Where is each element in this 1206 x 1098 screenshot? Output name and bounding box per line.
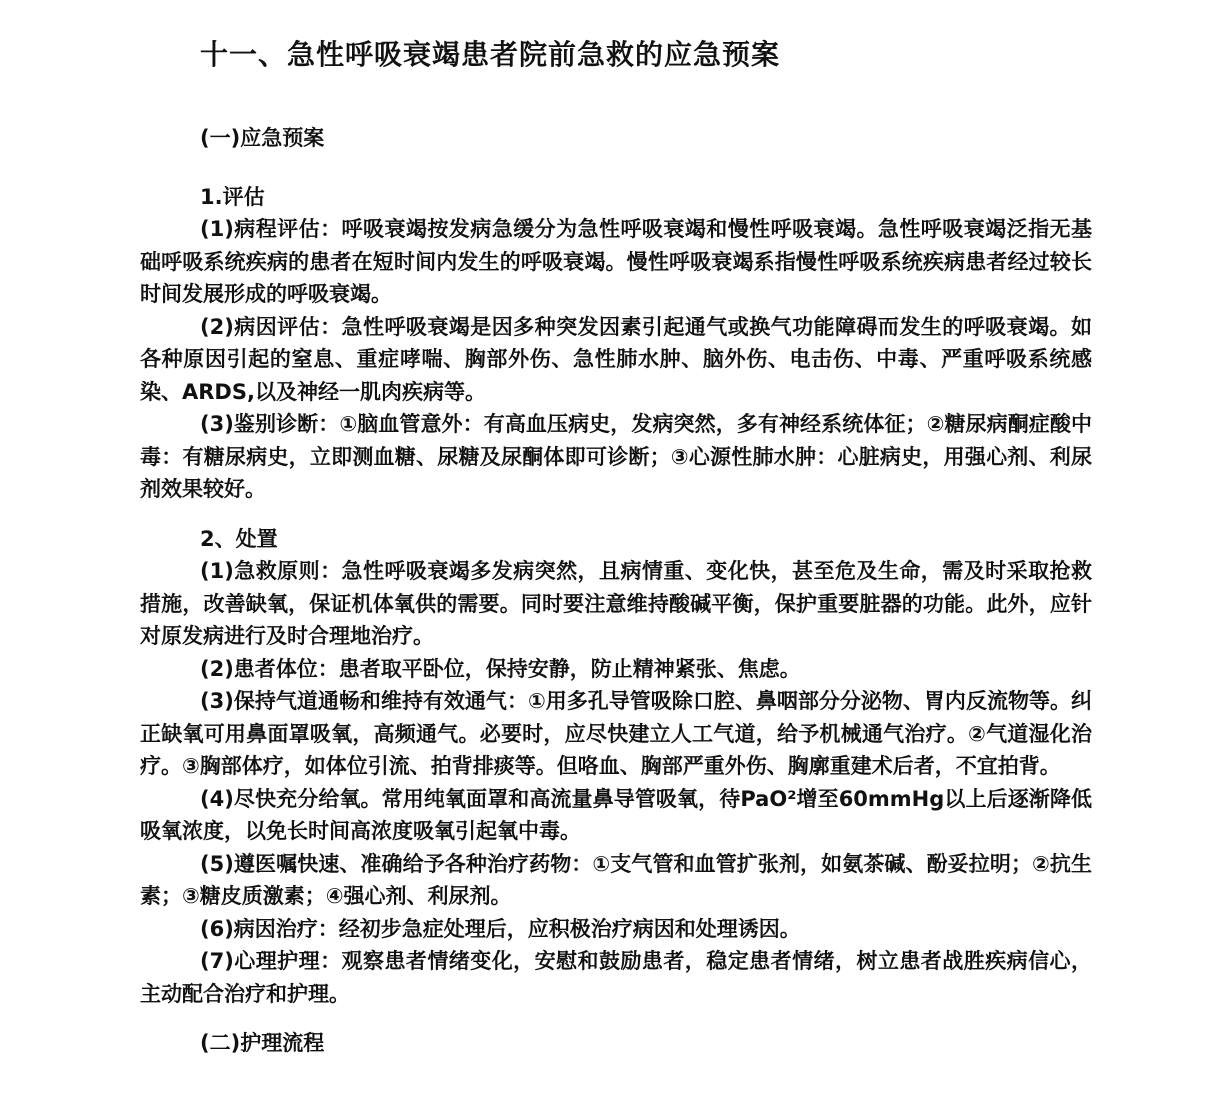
document-content: 十一、急性呼吸衰竭患者院前急救的应急预案 (一)应急预案 1.评估 (1)病程评… xyxy=(0,0,1206,1060)
paragraph-differential-diagnosis: (3)鉴别诊断：①脑血管意外：有高血压病史，发病突然，多有神经系统体征；②糖尿病… xyxy=(140,408,1092,506)
section-nursing-process-heading: (二)护理流程 xyxy=(140,1027,1092,1060)
paragraph-patient-position: (2)患者体位：患者取平卧位，保持安静，防止精神紧张、焦虑。 xyxy=(140,653,1092,686)
paragraph-medications: (5)遵医嘱快速、准确给予各种治疗药物：①支气管和血管扩张剂，如氨茶碱、酚妥拉明… xyxy=(140,848,1092,913)
paragraph-cause-assessment: (2)病因评估：急性呼吸衰竭是因多种突发因素引起通气或换气功能障碍而发生的呼吸衰… xyxy=(140,311,1092,409)
subsection-treatment-heading: 2、处置 xyxy=(140,523,1092,556)
document-page: 十一、急性呼吸衰竭患者院前急救的应急预案 (一)应急预案 1.评估 (1)病程评… xyxy=(0,0,1206,1098)
subsection-assessment-heading: 1.评估 xyxy=(140,181,1092,214)
paragraph-airway-ventilation: (3)保持气道通畅和维持有效通气：①用多孔导管吸除口腔、鼻咽部分分泌物、胃内反流… xyxy=(140,685,1092,783)
section-emergency-plan-heading: (一)应急预案 xyxy=(140,122,1092,155)
document-title: 十一、急性呼吸衰竭患者院前急救的应急预案 xyxy=(140,34,1092,76)
paragraph-psychological-care: (7)心理护理：观察患者情绪变化，安慰和鼓励患者，稳定患者情绪，树立患者战胜疾病… xyxy=(140,945,1092,1010)
paragraph-rescue-principles: (1)急救原则：急性呼吸衰竭多发病突然，且病情重、变化快，甚至危及生命，需及时采… xyxy=(140,555,1092,653)
paragraph-oxygen-supply: (4)尽快充分给氧。常用纯氧面罩和高流量鼻导管吸氧，待PaO²增至60mmHg以… xyxy=(140,783,1092,848)
paragraph-course-assessment: (1)病程评估：呼吸衰竭按发病急缓分为急性呼吸衰竭和慢性呼吸衰竭。急性呼吸衰竭泛… xyxy=(140,213,1092,311)
paragraph-cause-treatment: (6)病因治疗：经初步急症处理后，应积极治疗病因和处理诱因。 xyxy=(140,913,1092,946)
